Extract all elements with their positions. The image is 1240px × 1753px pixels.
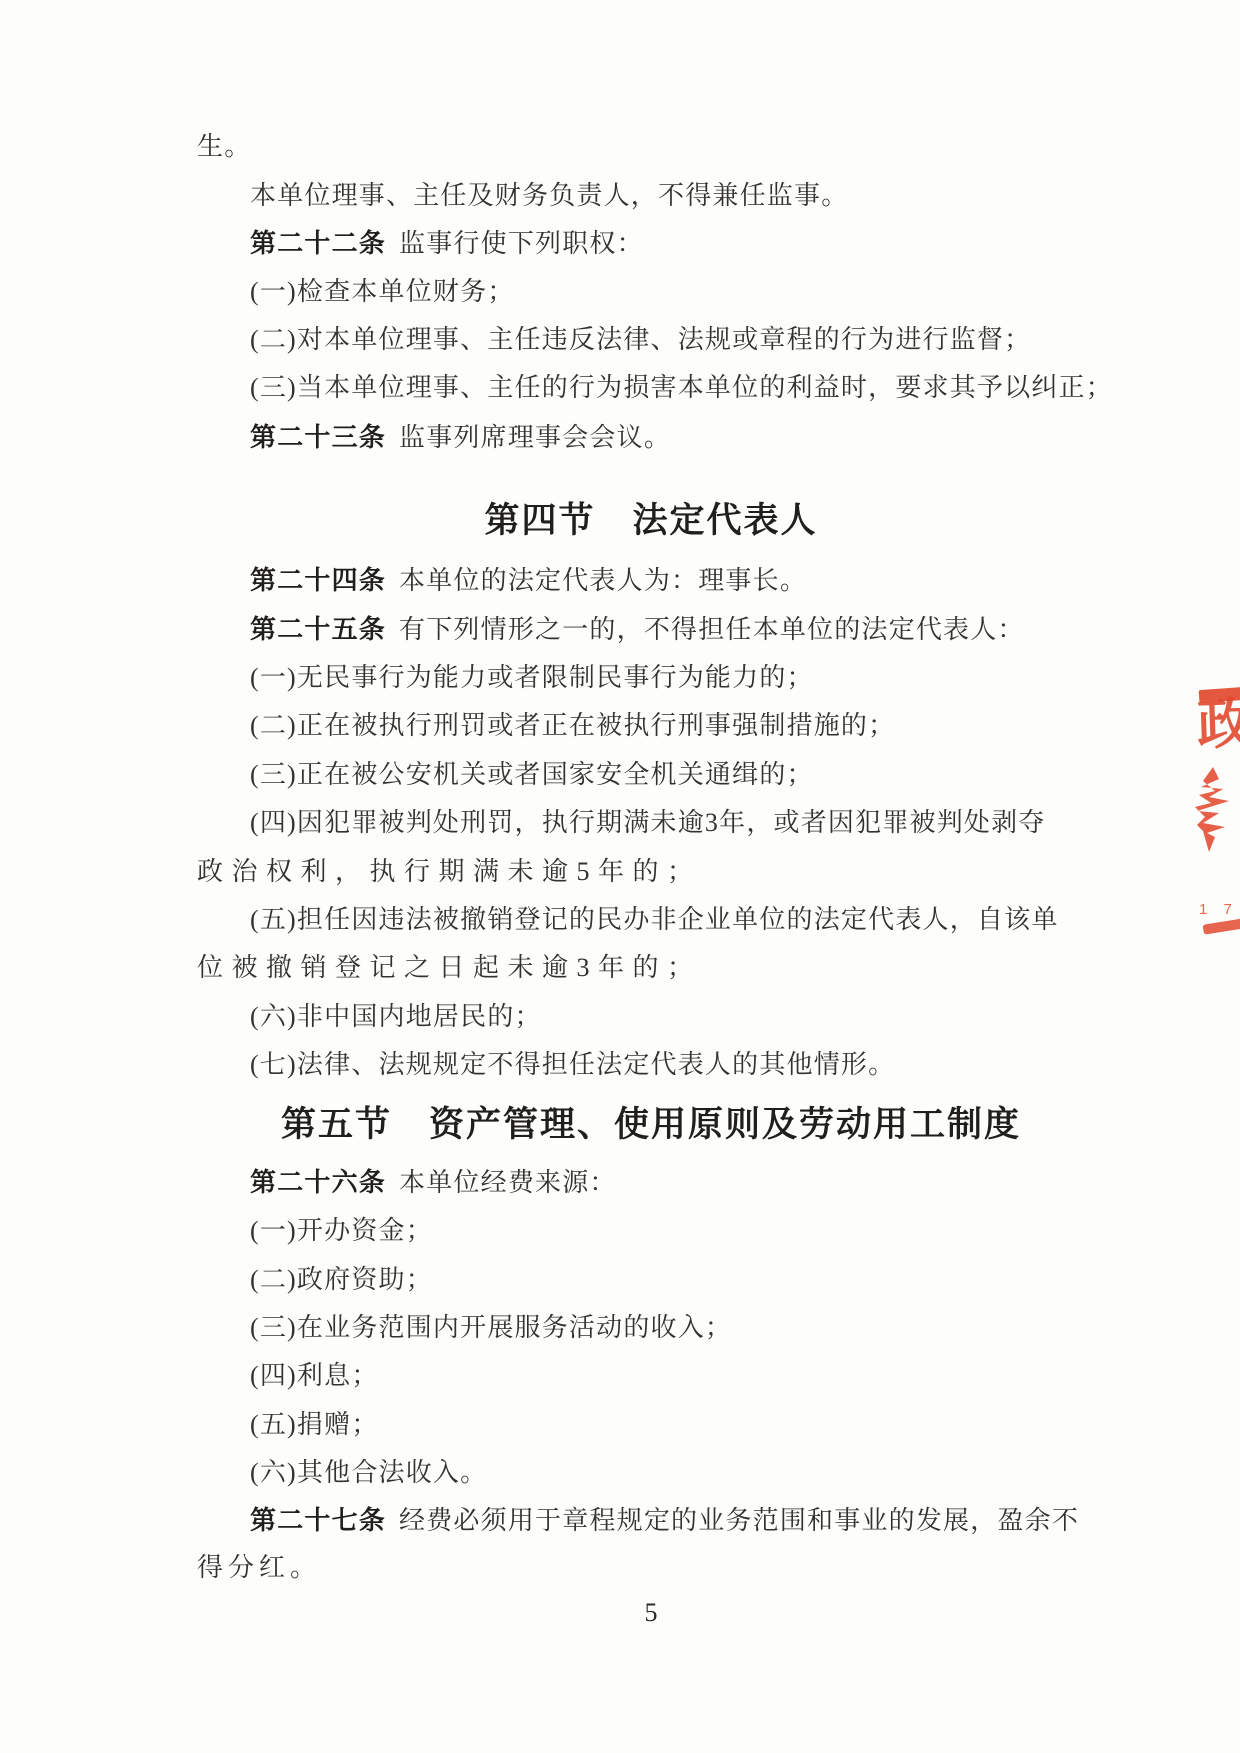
line-text: (五)担任因违法被撤销登记的民办非企业单位的法定代表人，自该单	[250, 905, 1059, 934]
text-line: (四)利息；	[197, 1359, 1230, 1393]
text-line: 生。	[197, 130, 1177, 164]
article-number: 第二十六条	[250, 1168, 386, 1197]
section-heading: 第五节 资产管理、使用原则及劳动用工制度	[197, 1103, 1105, 1147]
stamp-character: 政	[1196, 695, 1240, 755]
line-text: (二)正在被执行刑罚或者正在被执行刑事强制措施的；	[250, 711, 895, 740]
line-text: 得分红。	[197, 1553, 321, 1582]
text-line: (一)检查本单位财务；	[197, 275, 1230, 309]
line-text: (一)开办资金；	[250, 1216, 433, 1245]
text-line: (五)捐赠；	[197, 1408, 1230, 1442]
line-text: (一)检查本单位财务；	[250, 277, 515, 306]
text-line: (七)法律、法规规定不得担任法定代表人的其他情形。	[197, 1048, 1230, 1082]
text-line: 得分红。	[197, 1551, 1177, 1585]
article-number: 第二十七条	[250, 1506, 386, 1535]
text-line: (二)政府资助；	[197, 1263, 1230, 1297]
text-line: 第二十三条监事列席理事会会议。	[197, 421, 1230, 455]
text-line: (二)对本单位理事、主任违反法律、法规或章程的行为进行监督；	[197, 323, 1230, 357]
article-number: 第二十三条	[250, 423, 386, 452]
line-text: 监事行使下列职权：	[399, 229, 644, 258]
line-text: 位被撤销登记之日起未逾3年的；	[197, 953, 702, 982]
text-line: (五)担任因违法被撤销登记的民办非企业单位的法定代表人，自该单	[197, 903, 1230, 937]
line-text: 本单位经费来源：	[399, 1168, 617, 1197]
text-line: 第二十二条监事行使下列职权：	[197, 227, 1230, 261]
text-line: (三)在业务范围内开展服务活动的收入；	[197, 1311, 1230, 1345]
text-line: 第二十四条本单位的法定代表人为：理事长。	[197, 564, 1230, 598]
article-number: 第二十五条	[250, 615, 386, 644]
text-line: (六)非中国内地居民的；	[197, 1000, 1230, 1034]
line-text: (二)对本单位理事、主任违反法律、法规或章程的行为进行监督；	[250, 325, 1031, 354]
text-line: (六)其他合法收入。	[197, 1456, 1230, 1490]
line-text: 政治权利，执行期满未逾5年的；	[197, 857, 702, 886]
line-text: (六)非中国内地居民的；	[250, 1002, 542, 1031]
line-text: (二)政府资助；	[250, 1265, 433, 1294]
stamp-brush-mark-icon	[1188, 766, 1234, 857]
text-line: (三)正在被公安机关或者国家安全机关通缉的；	[197, 758, 1230, 792]
text-line: 第二十五条有下列情形之一的，不得担任本单位的法定代表人：	[197, 613, 1230, 647]
article-number: 第二十四条	[250, 566, 386, 595]
line-text: (一)无民事行为能力或者限制民事行为能力的；	[250, 663, 814, 692]
line-text: 有下列情形之一的，不得担任本单位的法定代表人：	[399, 615, 1025, 644]
text-line: (四)因犯罪被判处刑罚，执行期满未逾3年，或者因犯罪被判处剥夺	[197, 806, 1230, 840]
text-line: 第二十六条本单位经费来源：	[197, 1166, 1230, 1200]
line-text: 经费必须用于章程规定的业务范围和事业的发展，盈余不	[399, 1506, 1079, 1535]
line-text: 本单位理事、主任及财务负责人，不得兼任监事。	[250, 181, 848, 210]
page-number: 5	[197, 1598, 1105, 1628]
line-text: (四)因犯罪被判处刑罚，执行期满未逾3年，或者因犯罪被判处剥夺	[250, 808, 1046, 837]
text-line: (二)正在被执行刑罚或者正在被执行刑事强制措施的；	[197, 709, 1230, 743]
text-line: 第二十七条经费必须用于章程规定的业务范围和事业的发展，盈余不	[197, 1504, 1230, 1538]
text-line: 政治权利，执行期满未逾5年的；	[197, 855, 1177, 889]
text-line: (一)无民事行为能力或者限制民事行为能力的；	[197, 661, 1230, 695]
line-text: 监事列席理事会会议。	[399, 423, 671, 452]
line-text: (六)其他合法收入。	[250, 1458, 487, 1487]
line-text: (三)在业务范围内开展服务活动的收入；	[250, 1313, 732, 1342]
text-line: 本单位理事、主任及财务负责人，不得兼任监事。	[197, 179, 1230, 213]
section-heading: 第四节 法定代表人	[197, 499, 1105, 543]
line-text: (三)当本单位理事、主任的行为损害本单位的利益时，要求其予以纠正；	[250, 373, 1113, 402]
text-line: 位被撤销登记之日起未逾3年的；	[197, 951, 1177, 985]
line-text: 本单位的法定代表人为：理事长。	[399, 566, 807, 595]
line-text: (三)正在被公安机关或者国家安全机关通缉的；	[250, 760, 814, 789]
stamp-digits: 1 7 0	[1199, 901, 1240, 918]
line-text: 生。	[197, 132, 251, 161]
document-page: 生。 本单位理事、主任及财务负责人，不得兼任监事。 第二十二条监事行使下列职权：…	[0, 0, 1240, 1753]
line-text: (四)利息；	[250, 1361, 379, 1390]
text-line: (一)开办资金；	[197, 1214, 1230, 1248]
line-text: (七)法律、法规规定不得担任法定代表人的其他情形。	[250, 1050, 895, 1079]
article-number: 第二十二条	[250, 229, 386, 258]
text-line: (三)当本单位理事、主任的行为损害本单位的利益时，要求其予以纠正；	[197, 371, 1230, 405]
line-text: (五)捐赠；	[250, 1410, 379, 1439]
